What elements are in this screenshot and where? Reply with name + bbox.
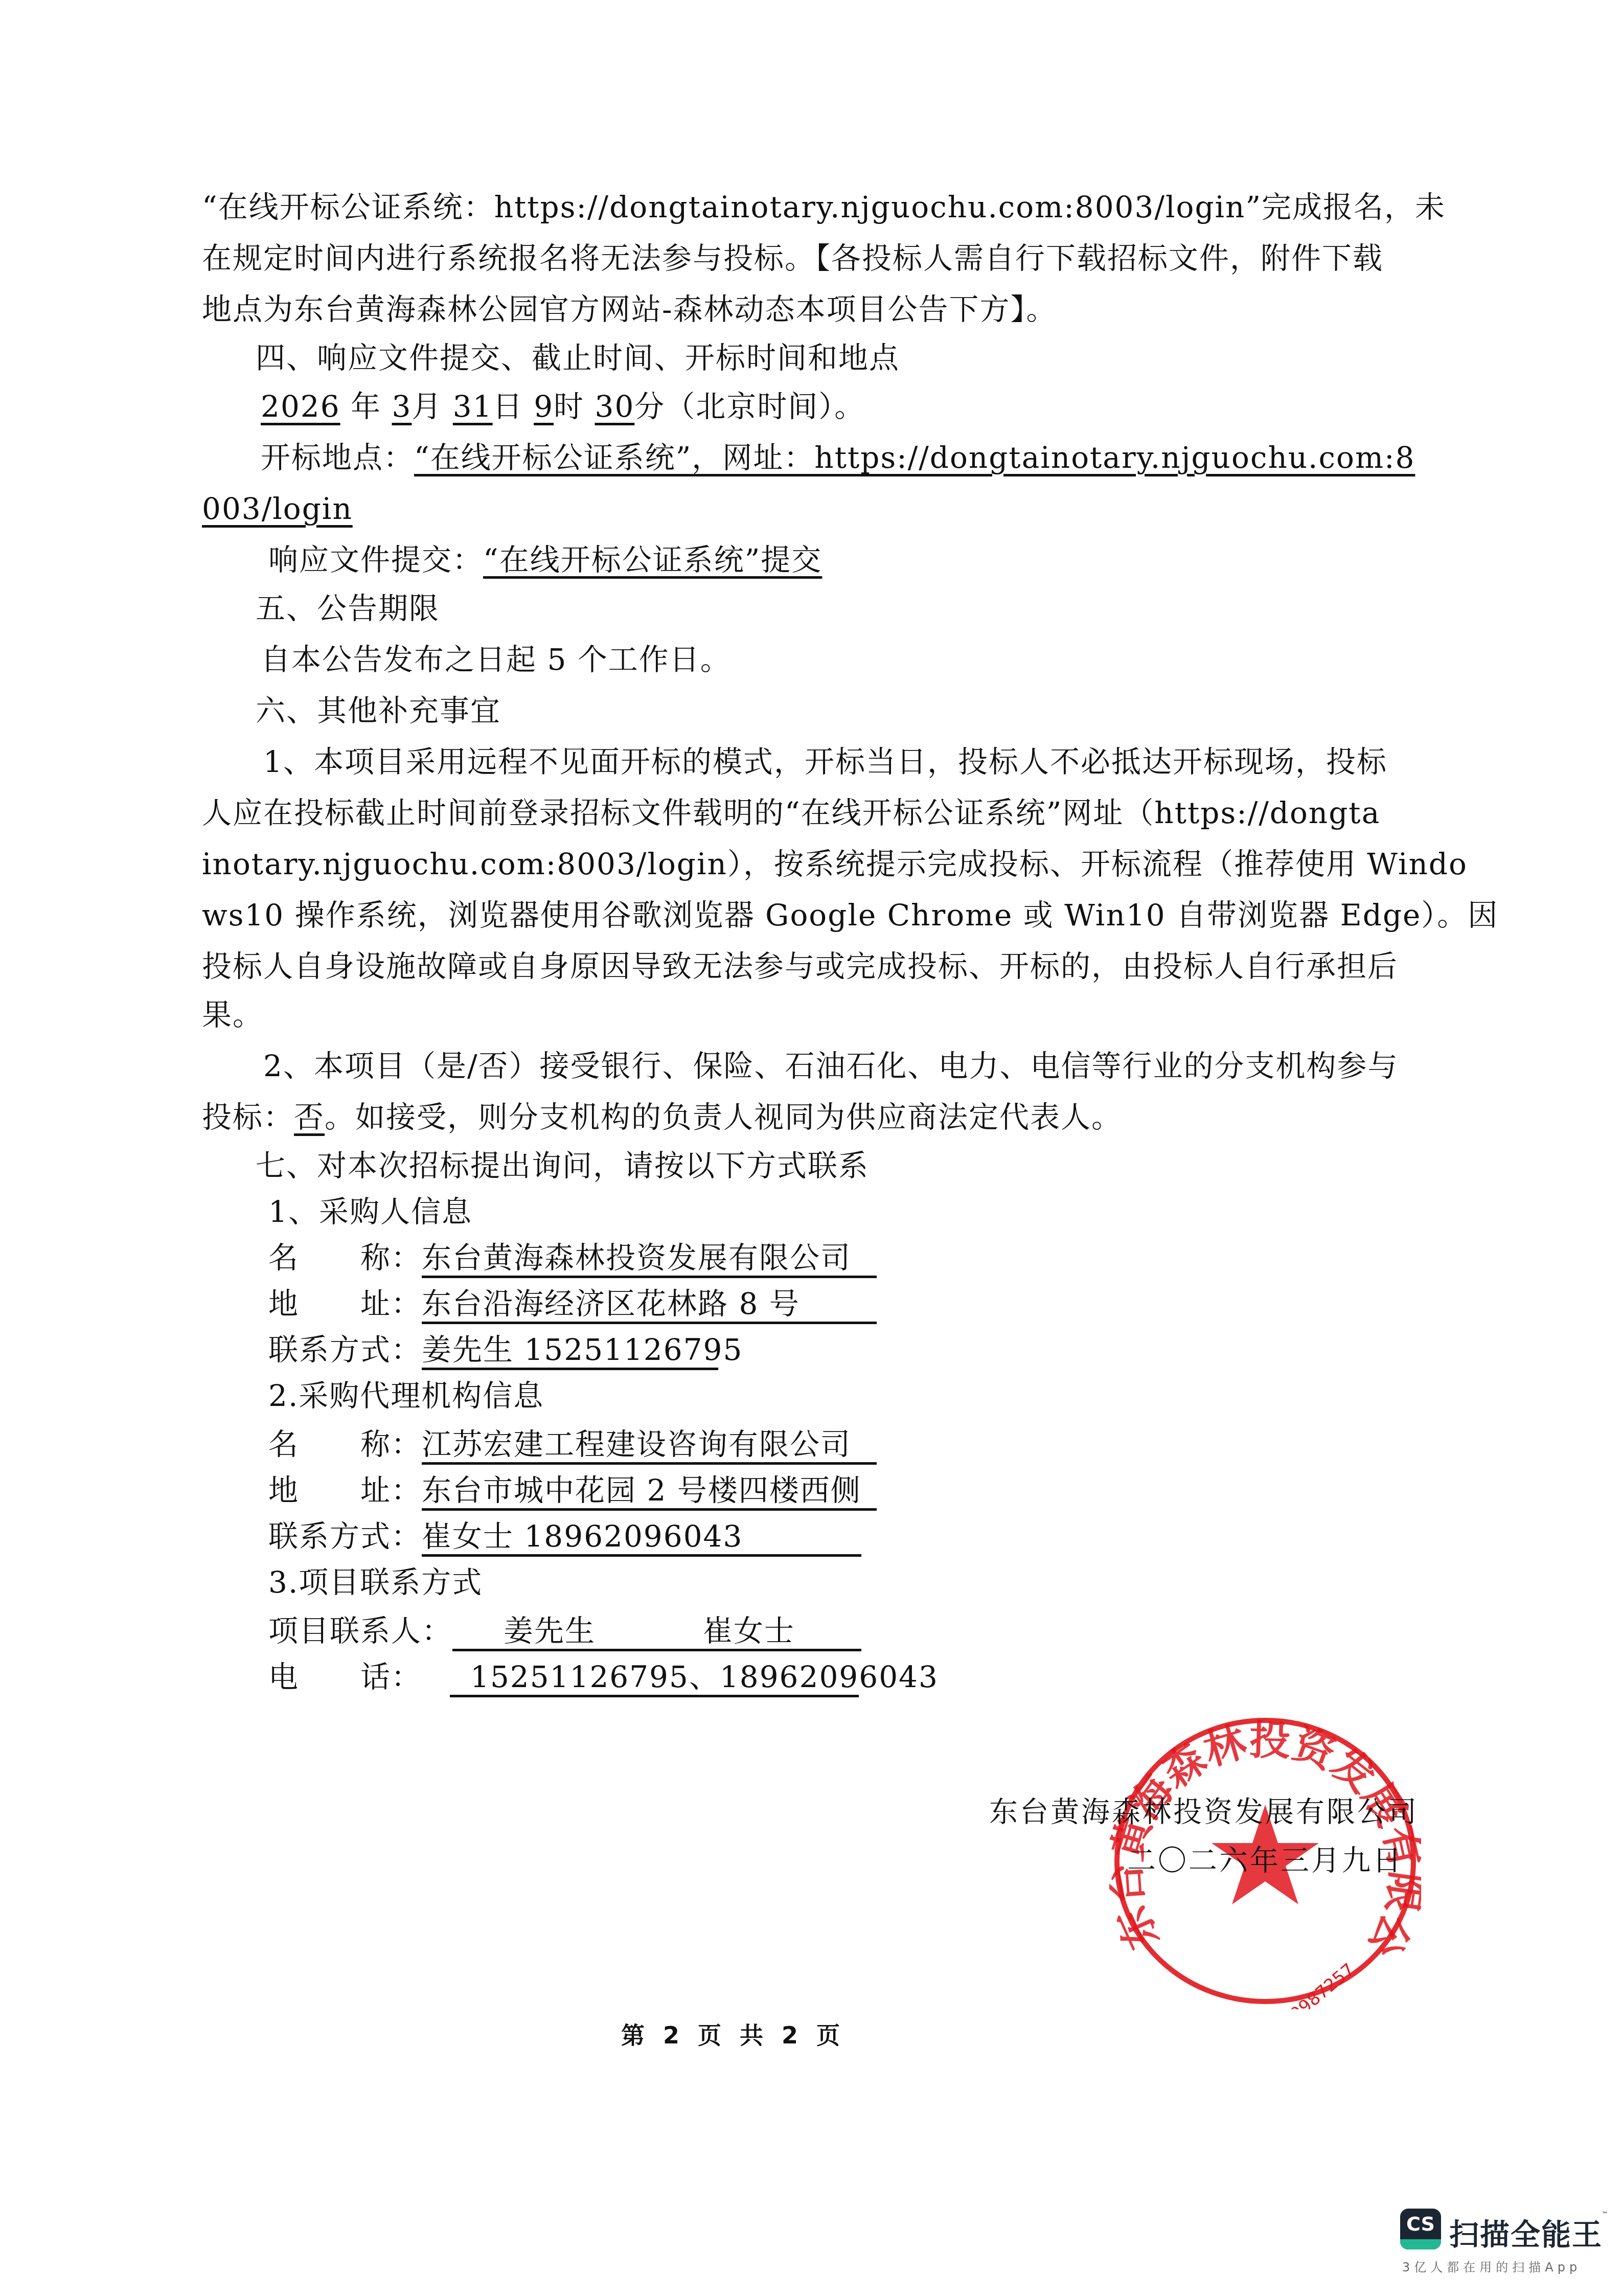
label: 联系方式：: [268, 1329, 422, 1370]
purchaser-addr-row: 地 址：东台沿海经济区花林路 8 号: [268, 1283, 877, 1324]
paragraph-line: inotary.njguochu.com:8003/login），按系统提示完成…: [202, 844, 1468, 884]
section-5-title: 五、公告期限: [256, 588, 440, 629]
text: 投标：: [202, 1100, 294, 1134]
unit: 月: [412, 389, 442, 424]
paragraph-line: 投标：否。如接受，则分支机构的负责人视同为供应商法定代表人。: [202, 1097, 1122, 1138]
purchaser-name-row: 名 称：东台黄海森林投资发展有限公司: [268, 1237, 877, 1278]
agency-address: 东台市城中花园 2 号楼四楼西侧: [422, 1472, 877, 1511]
project-phone-row: 电 话：15251126795、18962096043: [268, 1656, 859, 1697]
unit: 日: [493, 389, 523, 424]
project-persons: 姜先生崔女士: [452, 1613, 861, 1651]
section-7-title: 七、对本次招标提出询问，请按以下方式联系: [256, 1145, 869, 1186]
logo-text: CS: [1400, 2213, 1441, 2235]
open-place-line-2: 003/login: [202, 488, 353, 529]
open-place-line: 开标地点：“在线开标公证系统”，网址：https://dongtainotary…: [261, 437, 1415, 478]
agency-addr-row: 地 址：东台市城中花园 2 号楼四楼西侧: [268, 1470, 877, 1511]
label: 名 称：: [268, 1237, 422, 1278]
purchaser-contact: 姜先生 15251126795: [422, 1332, 718, 1370]
label: 电 话：: [268, 1656, 450, 1697]
unit: 分: [634, 389, 665, 424]
submit-value: “在线开标公证系统”提交: [483, 542, 822, 577]
phones: 15251126795、18962096043: [470, 1660, 939, 1694]
unit: 年: [351, 389, 381, 424]
paragraph-line: 2、本项目（是/否）接受银行、保险、石油石化、电力、电信等行业的分支机构参与: [263, 1045, 1398, 1086]
paragraph-line: 果。: [202, 994, 263, 1035]
open-place-value: “在线开标公证系统”，网址：https://dongtainotary.njgu…: [414, 440, 1415, 475]
paragraph-line: “在线开标公证系统：https://dongtainotary.njguochu…: [202, 187, 1446, 228]
submit-line: 响应文件提交：“在线开标公证系统”提交: [268, 539, 822, 580]
open-place-url-tail: 003/login: [202, 491, 353, 526]
person-1: 姜先生: [504, 1613, 596, 1648]
person-2: 崔女士: [703, 1613, 795, 1648]
purchaser-name: 东台黄海森林投资发展有限公司: [422, 1240, 877, 1278]
page-number: 第 2 页 共 2 页: [621, 2017, 845, 2051]
deadline-minute: 30: [595, 389, 634, 424]
app-tagline: 3亿人都在用的扫描App: [1402, 2257, 1581, 2275]
agency-name-row: 名 称：江苏宏建工程建设咨询有限公司: [268, 1424, 877, 1465]
paragraph-line: 人应在投标截止时间前登录招标文件载明的“在线开标公证系统”网址（https://…: [202, 792, 1380, 833]
agency-title: 2.采购代理机构信息: [268, 1375, 544, 1416]
agency-name: 江苏宏建工程建设咨询有限公司: [422, 1426, 877, 1465]
project-contact-title: 3.项目联系方式: [268, 1562, 483, 1603]
purchaser-contact-row: 联系方式：姜先生 15251126795: [268, 1329, 718, 1370]
agency-contact: 崔女士 18962096043: [422, 1518, 861, 1557]
section-6-title: 六、其他补充事宜: [256, 690, 501, 731]
deadline-hour: 9: [534, 389, 554, 424]
signature-company: 东台黄海森林投资发展有限公司: [989, 1792, 1419, 1833]
section-4-title: 四、响应文件提交、截止时间、开标时间和地点: [256, 337, 900, 378]
logo-bar: [1400, 2239, 1441, 2249]
deadline-day: 31: [453, 389, 493, 424]
paragraph-line: ws10 操作系统，浏览器使用谷歌浏览器 Google Chrome 或 Win…: [202, 895, 1498, 936]
paragraph-line: 在规定时间内进行系统报名将无法参与投标。【各投标人需自行下载招标文件，附件下载: [202, 238, 1383, 279]
text: 。如接受，则分支机构的负责人视同为供应商法定代表人。: [325, 1100, 1122, 1134]
unit: 时: [554, 389, 584, 424]
purchaser-address: 东台沿海经济区花林路 8 号: [422, 1286, 877, 1324]
label: 名 称：: [268, 1424, 422, 1465]
paragraph-line: 1、本项目采用远程不见面开标的模式，开标当日，投标人不必抵达开标现场，投标: [263, 741, 1387, 782]
paragraph-line: 地点为东台黄海森林公园官方网站-森林动态本项目公告下方】。: [202, 289, 1057, 330]
timezone-note: （北京时间）。: [665, 389, 865, 424]
camscanner-watermark: CS 扫描全能王 ™ 3亿人都在用的扫描App: [1398, 2203, 1618, 2295]
section-5-text: 自本公告发布之日起 5 个工作日。: [261, 639, 731, 680]
submit-label: 响应文件提交：: [268, 542, 483, 577]
project-phones: 15251126795、18962096043: [450, 1659, 859, 1697]
deadline-month: 3: [392, 389, 412, 424]
camscanner-logo-icon: CS: [1400, 2209, 1441, 2249]
deadline-year: 2026: [261, 389, 340, 424]
label: 地 址：: [268, 1470, 422, 1511]
app-name: 扫描全能王: [1449, 2211, 1603, 2254]
label: 项目联系人：: [268, 1610, 452, 1651]
label: 地 址：: [268, 1283, 422, 1324]
branch-answer: 否: [294, 1100, 325, 1134]
paragraph-line: 投标人自身设施故障或自身原因导致无法参与或完成投标、开标的，由投标人自行承担后: [202, 946, 1398, 987]
purchaser-title: 1、采购人信息: [268, 1191, 472, 1232]
signature-date: 二〇二六年三月九日: [1127, 1840, 1403, 1881]
deadline-line: 2026 年 3月 31日 9时 30分（北京时间）。: [261, 386, 865, 427]
agency-contact-row: 联系方式：崔女士 18962096043: [268, 1516, 861, 1557]
trademark: ™: [1602, 2211, 1608, 2218]
label: 联系方式：: [268, 1516, 422, 1557]
open-place-label: 开标地点：: [261, 440, 414, 475]
project-person-row: 项目联系人：姜先生崔女士: [268, 1610, 861, 1651]
